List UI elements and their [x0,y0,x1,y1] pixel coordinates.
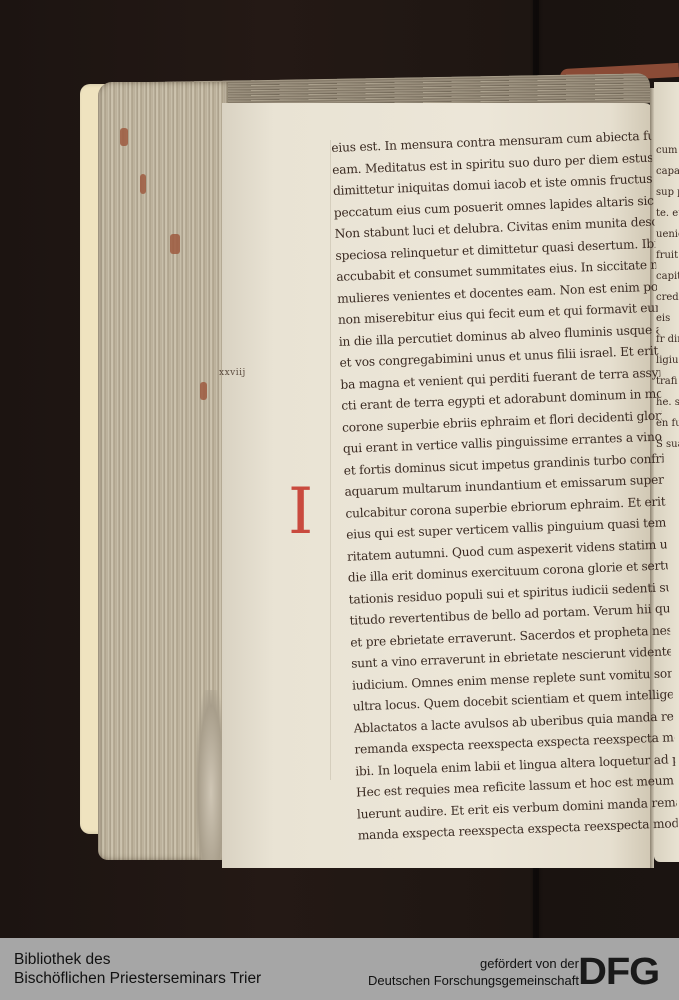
text-fragment: fruit [656,245,679,266]
text-fragment: te. et [656,203,679,224]
stain-mark [170,234,180,254]
facing-page-text: cum th capan sup p te. et uenie fruit ca… [656,140,679,455]
manuscript-scan: xxviij I eius est. In mensura contra men… [0,0,679,938]
text-fragment: capan [656,161,679,182]
library-credit: Bibliothek des Bischöflichen Priestersem… [14,950,261,988]
funding-line-2: Deutschen Forschungsgemeinschaft [368,972,579,989]
text-block: eius est. In mensura contra mensuram cum… [331,126,678,847]
funding-credit: gefördert von der Deutschen Forschungsge… [368,955,579,989]
text-fragment: crede [656,287,679,308]
ruling-line [330,140,331,780]
text-fragment: cum th [656,140,679,161]
stain-mark [200,382,207,400]
text-fragment: ligiu [656,350,679,371]
library-line-2: Bischöflichen Priesterseminars Trier [14,969,261,988]
dfg-logo: DFG [578,953,659,991]
text-fragment: en fu [656,413,679,434]
text-fragment: eis [656,308,679,329]
text-fragment: uenie [656,224,679,245]
text-fragment: S sua [656,434,679,455]
text-fragment: fr din [656,329,679,350]
library-line-1: Bibliothek des [14,950,261,969]
margin-note: xxviij [219,368,246,378]
stain-mark [120,128,128,146]
text-fragment: he. s [656,392,679,413]
text-fragment: capit [656,266,679,287]
text-fragment: sup p [656,182,679,203]
stain-mark [140,174,146,194]
text-fragment: trafi [656,371,679,392]
funding-line-1: gefördert von der [368,955,579,972]
attribution-footer: Bibliothek des Bischöflichen Priestersem… [0,938,679,1000]
decorated-initial: I [288,480,313,544]
